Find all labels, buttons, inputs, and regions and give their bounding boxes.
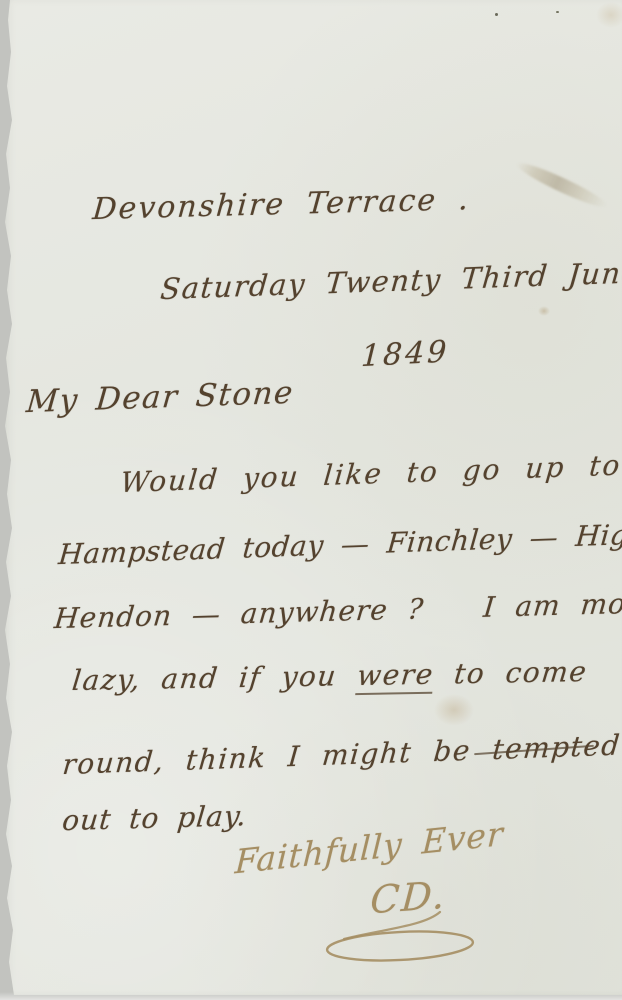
- body-line-1: Would you like to go up to: [119, 449, 622, 500]
- ink-stain-dot: [538, 306, 550, 316]
- date-line: Saturday Twenty Third June: [159, 255, 622, 306]
- paper-speck: [495, 13, 498, 16]
- body-line-6: out to play.: [61, 799, 249, 837]
- corner-stain: [596, 2, 622, 28]
- underlined-word-were: were: [355, 658, 435, 695]
- body-line-4-post: to come: [432, 655, 589, 691]
- ink-stain-streak: [514, 158, 611, 213]
- letterhead-address: Devonshire Terrace .: [91, 182, 471, 227]
- body-line-4-pre: lazy, and if you: [71, 659, 360, 697]
- signature-flourish: [322, 924, 480, 968]
- paper: Devonshire Terrace . Saturday Twenty Thi…: [0, 0, 622, 1000]
- ink-stain-smudge: [434, 694, 474, 726]
- handwritten-letter-scan: Devonshire Terrace . Saturday Twenty Thi…: [0, 0, 622, 1000]
- salutation: My Dear Stone: [25, 375, 296, 420]
- body-line-3: Hendon — anywhere ? I am mortally: [53, 585, 622, 635]
- paper-speck: [556, 11, 559, 13]
- year-line: 1849: [360, 334, 450, 374]
- body-line-5: round, think I might be tempted: [61, 729, 622, 782]
- body-line-2: Hampstead today — Finchley — Highgate.: [57, 515, 622, 571]
- body-line-4: lazy, and if you were to come: [71, 655, 590, 697]
- closing-valediction: Faithfully Ever: [234, 814, 505, 882]
